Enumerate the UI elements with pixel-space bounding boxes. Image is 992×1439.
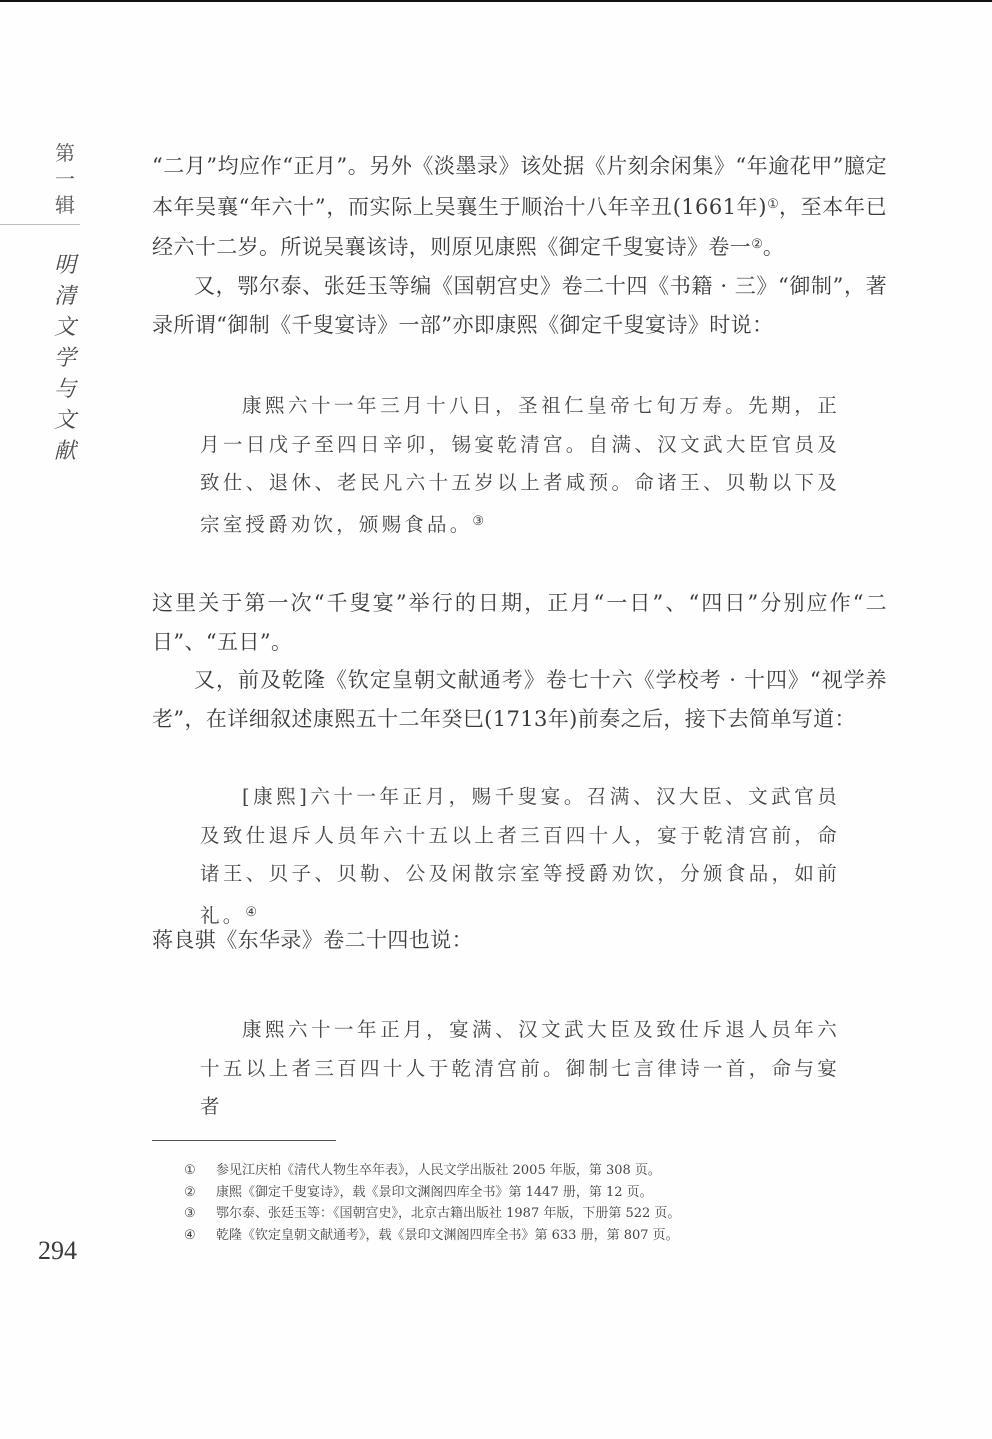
volume-char: 辑 bbox=[50, 192, 80, 218]
body-paragraph-2: 又，鄂尔泰、张廷玉等编《国朝宫史》卷二十四《书籍 · 三》“御制”，著录所谓“御… bbox=[152, 267, 887, 344]
paragraph: “二月”均应作“正月”。另外《淡墨录》该处据《片刻余闲集》“年逾花甲”臆定本年吴… bbox=[152, 147, 887, 267]
footnote-mark: ④ bbox=[184, 1225, 216, 1247]
footnote-item: ② 康熙《御定千叟宴诗》，载《景印文渊阁四库全书》第 1447 册，第 12 页… bbox=[184, 1182, 824, 1204]
footnote-text: 鄂尔泰、张廷玉等：《国朝宫史》，北京古籍出版社 1987 年版，下册第 522 … bbox=[216, 1203, 680, 1225]
body-paragraph-4: 又，前及乾隆《钦定皇朝文献通考》卷七十六《学校考 · 十四》“视学养老”，在详细… bbox=[152, 661, 887, 738]
series-char: 与 bbox=[50, 374, 80, 405]
page-number: 294 bbox=[38, 1236, 77, 1266]
quote-paragraph: [康熙]六十一年正月，赐千叟宴。召满、汉大臣、文武官员及致仕退斥人员年六十五以上… bbox=[200, 778, 840, 935]
paragraph: 蒋良骐《东华录》卷二十四也说： bbox=[152, 921, 887, 960]
block-quote-2: [康熙]六十一年正月，赐千叟宴。召满、汉大臣、文武官员及致仕退斥人员年六十五以上… bbox=[200, 778, 840, 935]
footnote-divider bbox=[152, 1140, 336, 1141]
series-char: 文 bbox=[50, 405, 80, 436]
series-char: 献 bbox=[50, 436, 80, 467]
paragraph: 又，前及乾隆《钦定皇朝文献通考》卷七十六《学校考 · 十四》“视学养老”，在详细… bbox=[152, 661, 887, 738]
paragraph: 这里关于第一次“千叟宴”举行的日期，正月“一日”、“四日”分别应作“二日”、“五… bbox=[152, 584, 887, 661]
footnote-mark: ② bbox=[184, 1182, 216, 1204]
series-char: 明 bbox=[50, 250, 80, 281]
footnote-text: 参见江庆柏《清代人物生卒年表》，人民文学出版社 2005 年版，第 308 页。 bbox=[216, 1160, 661, 1182]
footnote-item: ① 参见江庆柏《清代人物生卒年表》，人民文学出版社 2005 年版，第 308 … bbox=[184, 1160, 824, 1182]
quote-text: [康熙]六十一年正月，赐千叟宴。召满、汉大臣、文武官员及致仕退斥人员年六十五以上… bbox=[200, 785, 840, 927]
body-paragraph-3: 这里关于第一次“千叟宴”举行的日期，正月“一日”、“四日”分别应作“二日”、“五… bbox=[152, 584, 887, 661]
footnote-item: ③ 鄂尔泰、张廷玉等：《国朝宫史》，北京古籍出版社 1987 年版，下册第 52… bbox=[184, 1203, 824, 1225]
running-head-volume: 第 一 辑 bbox=[50, 140, 80, 218]
footnotes: ① 参见江庆柏《清代人物生卒年表》，人民文学出版社 2005 年版，第 308 … bbox=[184, 1160, 824, 1246]
quote-text: 康熙六十一年三月十八日，圣祖仁皇帝七旬万寿。先期，正月一日戊子至四日辛卯，锡宴乾… bbox=[200, 394, 840, 536]
body-paragraph-1: “二月”均应作“正月”。另外《淡墨录》该处据《片刻余闲集》“年逾花甲”臆定本年吴… bbox=[152, 147, 887, 267]
running-head-series-title: 明 清 文 学 与 文 献 bbox=[50, 250, 80, 467]
footnote-ref-4[interactable]: ④ bbox=[245, 905, 257, 920]
footnote-mark: ① bbox=[184, 1160, 216, 1182]
block-quote-1: 康熙六十一年三月十八日，圣祖仁皇帝七旬万寿。先期，正月一日戊子至四日辛卯，锡宴乾… bbox=[200, 387, 840, 544]
footnote-mark: ③ bbox=[184, 1203, 216, 1225]
series-char: 学 bbox=[50, 343, 80, 374]
paragraph-text: 。 bbox=[763, 235, 784, 259]
block-quote-3: 康熙六十一年正月，宴满、汉文武大臣及致仕斥退人员年六十五以上者三百四十人于乾清宫… bbox=[200, 1011, 840, 1127]
footnote-ref-3[interactable]: ③ bbox=[472, 514, 484, 529]
footnote-text: 乾隆《钦定皇朝文献通考》，载《景印文渊阁四库全书》第 633 册，第 807 页… bbox=[216, 1225, 679, 1247]
running-head-divider bbox=[0, 224, 80, 225]
volume-char: 一 bbox=[50, 166, 80, 192]
volume-char: 第 bbox=[50, 140, 80, 166]
series-char: 清 bbox=[50, 281, 80, 312]
footnote-item: ④ 乾隆《钦定皇朝文献通考》，载《景印文渊阁四库全书》第 633 册，第 807… bbox=[184, 1225, 824, 1247]
quote-paragraph: 康熙六十一年正月，宴满、汉文武大臣及致仕斥退人员年六十五以上者三百四十人于乾清宫… bbox=[200, 1011, 840, 1127]
series-char: 文 bbox=[50, 312, 80, 343]
paragraph: 又，鄂尔泰、张廷玉等编《国朝宫史》卷二十四《书籍 · 三》“御制”，著录所谓“御… bbox=[152, 267, 887, 344]
footnote-text: 康熙《御定千叟宴诗》，载《景印文渊阁四库全书》第 1447 册，第 12 页。 bbox=[216, 1182, 653, 1204]
footnote-ref-1[interactable]: ① bbox=[767, 197, 779, 212]
body-paragraph-5: 蒋良骐《东华录》卷二十四也说： bbox=[152, 921, 887, 960]
top-border-rule bbox=[0, 0, 992, 2]
quote-paragraph: 康熙六十一年三月十八日，圣祖仁皇帝七旬万寿。先期，正月一日戊子至四日辛卯，锡宴乾… bbox=[200, 387, 840, 544]
footnote-ref-2[interactable]: ② bbox=[751, 237, 763, 252]
